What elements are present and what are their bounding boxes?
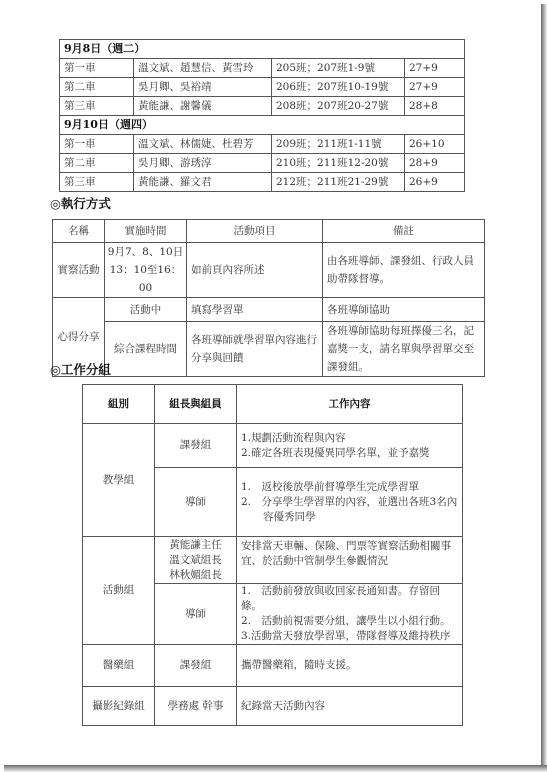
leaders-cell: 溫文斌、趙慧信、黃雪玲 <box>134 59 272 78</box>
car-cell: 第三車 <box>60 173 134 192</box>
classes-cell: 205班；207班1-9號 <box>272 59 405 78</box>
activity-item: 如前頁內容所述 <box>187 243 323 298</box>
count-cell: 28+9 <box>405 154 465 173</box>
page-shadow-bottom <box>4 765 547 772</box>
count-cell: 27+9 <box>405 59 465 78</box>
group-tasks: 安排當天車輛、保險、門票等實察活動相關事宜、於活動中管制學生參觀情況 <box>237 537 463 584</box>
classes-cell: 212班；211班21-29號 <box>272 173 405 192</box>
column-header: 實施時間 <box>105 220 187 243</box>
member-line: 溫文斌組長 <box>159 553 232 568</box>
car-cell: 第一車 <box>60 59 134 78</box>
classes-cell: 208班；207班20-27號 <box>272 97 405 116</box>
table-row: 綜合課程時間 各班導師就學習單內容進行分享與回饋 各班導師協助每班擇優三名，記嘉… <box>53 322 485 377</box>
section-heading-work-groups: ◎工作分組 <box>50 360 111 378</box>
classes-cell: 206班；207班10-19號 <box>272 78 405 97</box>
group-tasks: 1.規劃活動流程與內容 2.確定各班表現優異同學名單，並予嘉獎 <box>237 424 463 468</box>
group-tasks: 紀錄當天活動內容 <box>237 687 463 726</box>
column-header: 名稱 <box>53 220 105 243</box>
group-members: 黃能謙主任 溫文斌組長 林秋媚組長 <box>155 537 237 584</box>
task-item: 1.規劃活動流程與內容 <box>241 431 458 446</box>
table-row: 第一車 溫文斌、趙慧信、黃雪玲 205班；207班1-9號 27+9 <box>60 59 465 78</box>
activity-time: 綜合課程時間 <box>105 322 187 377</box>
execution-table: 名稱 實施時間 活動項目 備註 實察活動 9月7、8、10日 13：10至16：… <box>52 219 485 377</box>
car-cell: 第三車 <box>60 97 134 116</box>
count-cell: 26+10 <box>405 135 465 154</box>
bus-schedule-table: 9月8日（週二） 第一車 溫文斌、趙慧信、黃雪玲 205班；207班1-9號 2… <box>59 39 465 192</box>
column-header: 工作內容 <box>237 385 463 424</box>
table-row: 攝影紀錄組 學務處 幹事 紀錄當天活動內容 <box>83 687 463 726</box>
table-row: 活動組 黃能謙主任 溫文斌組長 林秋媚組長 安排當天車輛、保險、門票等實察活動相… <box>83 537 463 584</box>
count-cell: 26+9 <box>405 173 465 192</box>
page-shadow-right <box>541 4 547 772</box>
table-row: 心得分享 活動中 填寫學習單 各班導師協助 <box>53 298 485 322</box>
count-cell: 28+8 <box>405 97 465 116</box>
column-header: 組長與組員 <box>155 385 237 424</box>
task-item: 2. 分享學生學習單的內容，並選出各班3名內容優秀同學 <box>241 495 458 525</box>
group-name: 醫藥組 <box>83 645 155 687</box>
table-row: 實察活動 9月7、8、10日 13：10至16：00 如前頁內容所述 由各班導師… <box>53 243 485 298</box>
task-item: 1. 返校後放學前督導學生完成學習單 <box>241 480 458 495</box>
activity-item: 各班導師就學習單內容進行分享與回饋 <box>187 322 323 377</box>
task-item: 2. 活動前視需要分組，讓學生以小組行動。 <box>241 614 458 629</box>
table-row: 教學組 課發組 1.規劃活動流程與內容 2.確定各班表現優異同學名單，並予嘉獎 <box>83 424 463 468</box>
activity-time: 活動中 <box>105 298 187 322</box>
group-name: 攝影紀錄組 <box>83 687 155 726</box>
car-cell: 第二車 <box>60 154 134 173</box>
table-row: 第三車 黃能謙、羅文君 212班；211班21-29號 26+9 <box>60 173 465 192</box>
column-header: 備註 <box>323 220 485 243</box>
leaders-cell: 吳月卿、吳裕靖 <box>134 78 272 97</box>
leaders-cell: 溫文斌、林儒婕、杜碧芳 <box>134 135 272 154</box>
task-item: 1. 活動前發放與收回家長通知書。存留回條。 <box>241 584 458 614</box>
classes-cell: 209班；211班1-11號 <box>272 135 405 154</box>
leaders-cell: 吳月卿、游琇淳 <box>134 154 272 173</box>
header-row: 名稱 實施時間 活動項目 備註 <box>53 220 485 243</box>
section-heading-execution: ◎執行方式 <box>50 194 111 212</box>
leaders-cell: 黃能謙、羅文君 <box>134 173 272 192</box>
work-groups-table: 組別 組長與組員 工作內容 教學組 課發組 1.規劃活動流程與內容 2.確定各班… <box>82 384 463 726</box>
document-page: 9月8日（週二） 第一車 溫文斌、趙慧信、黃雪玲 205班；207班1-9號 2… <box>0 0 541 765</box>
time-line: 9月7、8、10日 <box>107 243 184 261</box>
day-title: 9月10日（週四） <box>60 116 465 135</box>
car-cell: 第二車 <box>60 78 134 97</box>
activity-note: 各班導師協助每班擇優三名，記嘉獎一支，請名單與學習單交至課發組。 <box>323 322 485 377</box>
activity-time: 9月7、8、10日 13：10至16：00 <box>105 243 187 298</box>
group-tasks: 攜帶醫藥箱，隨時支援。 <box>237 645 463 687</box>
table-row: 醫藥組 課發組 攜帶醫藥箱，隨時支援。 <box>83 645 463 687</box>
activity-name: 實察活動 <box>53 243 105 298</box>
table-row: 第一車 溫文斌、林儒婕、杜碧芳 209班；211班1-11號 26+10 <box>60 135 465 154</box>
group-members: 課發組 <box>155 424 237 468</box>
car-cell: 第一車 <box>60 135 134 154</box>
group-name: 活動組 <box>83 537 155 645</box>
activity-item: 填寫學習單 <box>187 298 323 322</box>
member-line: 林秋媚組長 <box>159 568 232 583</box>
table-row: 第三車 黃能謙、謝馨儀 208班；207班20-27號 28+8 <box>60 97 465 116</box>
header-row: 組別 組長與組員 工作內容 <box>83 385 463 424</box>
table-row: 第二車 吳月卿、吳裕靖 206班；207班10-19號 27+9 <box>60 78 465 97</box>
day-title: 9月8日（週二） <box>60 40 465 59</box>
group-members: 學務處 幹事 <box>155 687 237 726</box>
table-row: 第二車 吳月卿、游琇淳 210班；211班12-20號 28+9 <box>60 154 465 173</box>
count-cell: 27+9 <box>405 78 465 97</box>
task-item: 3.活動當天發放學習單，帶隊督導及維持秩序 <box>241 629 458 644</box>
group-name: 教學組 <box>83 424 155 537</box>
column-header: 活動項目 <box>187 220 323 243</box>
group-tasks: 1. 活動前發放與收回家長通知書。存留回條。 2. 活動前視需要分組，讓學生以小… <box>237 584 463 645</box>
group-members: 導師 <box>155 468 237 537</box>
group-tasks: 1. 返校後放學前督導學生完成學習單 2. 分享學生學習單的內容，並選出各班3名… <box>237 468 463 537</box>
task-item: 2.確定各班表現優異同學名單，並予嘉獎 <box>241 446 458 461</box>
classes-cell: 210班；211班12-20號 <box>272 154 405 173</box>
leaders-cell: 黃能謙、謝馨儀 <box>134 97 272 116</box>
member-line: 黃能謙主任 <box>159 538 232 553</box>
group-members: 導師 <box>155 584 237 645</box>
day-header-row: 9月10日（週四） <box>60 116 465 135</box>
column-header: 組別 <box>83 385 155 424</box>
time-line: 13：10至16：00 <box>107 261 184 297</box>
activity-note: 各班導師協助 <box>323 298 485 322</box>
activity-note: 由各班導師、課發組、行政人員助帶隊督導。 <box>323 243 485 298</box>
group-members: 課發組 <box>155 645 237 687</box>
day-header-row: 9月8日（週二） <box>60 40 465 59</box>
